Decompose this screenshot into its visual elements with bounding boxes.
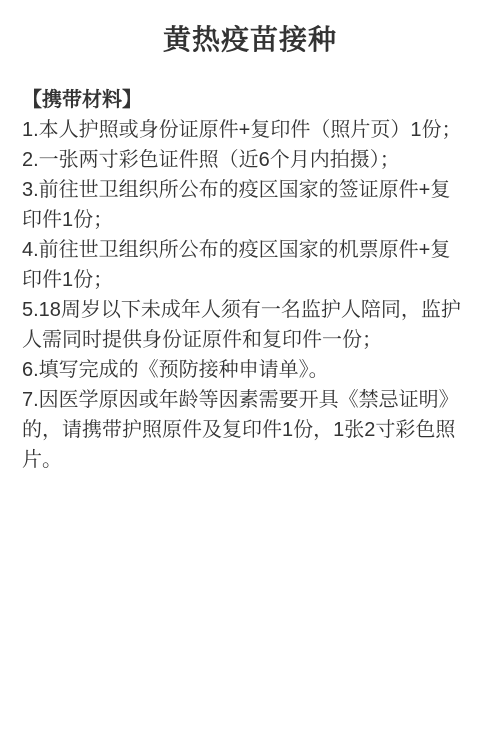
materials-list: 1.本人护照或身份证原件+复印件（照片页）1份；2.一张两寸彩色证件照（近6个月… [22,115,466,475]
material-item: 4.前往世卫组织所公布的疫区国家的机票原件+复印件1份； [22,235,466,295]
material-item: 2.一张两寸彩色证件照（近6个月内拍摄）； [22,145,466,175]
material-item: 6.填写完成的《预防接种申请单》。 [22,355,466,385]
section-header: 【携带材料】 [22,85,466,115]
material-item: 7.因医学原因或年龄等因素需要开具《禁忌证明》的，请携带护照原件及复印件1份，1… [22,385,466,475]
materials-section: 【携带材料】 1.本人护照或身份证原件+复印件（照片页）1份；2.一张两寸彩色证… [0,85,500,475]
material-item: 1.本人护照或身份证原件+复印件（照片页）1份； [22,115,466,145]
page-title: 黄热疫苗接种 [0,0,500,54]
material-item: 5.18周岁以下未成年人须有一名监护人陪同，监护人需同时提供身份证原件和复印件一… [22,295,466,355]
material-item: 3.前往世卫组织所公布的疫区国家的签证原件+复印件1份； [22,175,466,235]
document-page: 黄热疫苗接种 【携带材料】 1.本人护照或身份证原件+复印件（照片页）1份；2.… [0,0,500,747]
